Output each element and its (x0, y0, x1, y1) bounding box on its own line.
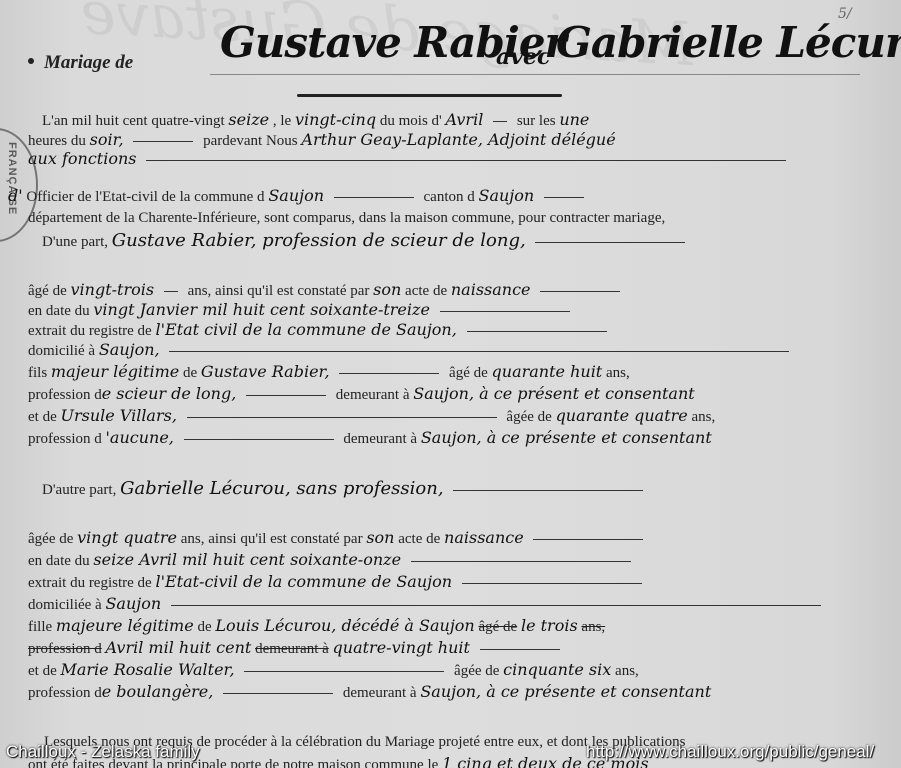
intro-text: du mois d' (380, 113, 442, 129)
struck-label: ans, (581, 619, 605, 635)
groom-date-line: en date du vingt Janvier mil huit cent s… (28, 300, 576, 320)
label: domicilié à (28, 343, 95, 359)
label: fils (28, 365, 47, 381)
filler-dash (223, 693, 333, 694)
bride-extract-hand: l'Etat-civil de la commune de Saujon (155, 572, 452, 591)
intro-line-5: département de la Charente-Inférieure, s… (28, 210, 665, 227)
filler-dash (339, 373, 439, 374)
bride-mother-hand: Marie Rosalie Walter, (60, 660, 234, 679)
intro-line-1: L'an mil huit cent quatre-vingt seize , … (42, 110, 589, 130)
groom-age-hand: vingt-trois (70, 280, 154, 299)
bride-father-death-year-hand: quatre-vingt huit (333, 638, 470, 657)
hour-hand: une (559, 110, 589, 129)
title-rule (297, 94, 562, 97)
filler-dash (334, 197, 414, 198)
label: âgé de (449, 365, 488, 381)
part-label: D'autre part, (42, 482, 116, 498)
day-hand: vingt-cinq (295, 110, 376, 129)
groom-father-line: fils majeur légitime de Gustave Rabier, … (28, 362, 630, 382)
label: extrait du registre de (28, 323, 152, 339)
commune-hand: Saujon (268, 186, 324, 205)
label: demeurant à (343, 431, 417, 447)
filler-dash (411, 561, 631, 562)
intro-text: L'an mil huit cent quatre-vingt (42, 113, 225, 129)
year-hand: seize (228, 110, 269, 129)
label: extrait du registre de (28, 575, 152, 591)
label: domiciliée à (28, 597, 102, 613)
bride-age-hand: vingt quatre (77, 528, 177, 547)
officer-continuation-hand: aux fonctions (28, 149, 136, 168)
label: ans, (615, 663, 639, 679)
filler-dash (184, 439, 334, 440)
bride-mother-line: et de Marie Rosalie Walter, âgée de cinq… (28, 660, 639, 680)
filler-dash (440, 311, 570, 312)
filler-dash (535, 242, 685, 243)
groom-mother-age-hand: quarante quatre (556, 406, 688, 425)
time-hand: soir, (90, 130, 124, 149)
bride-mother-prof-hand: e boulangère, (102, 682, 214, 701)
groom-domicile-line: domicilié à Saujon, (28, 340, 795, 360)
bride-domicile-hand: Saujon (105, 594, 161, 613)
label: de (183, 365, 197, 381)
filler-dash (462, 583, 642, 584)
watermark-family: Chailloux - Zelaska family (6, 742, 200, 762)
bride-date-line: en date du seize Avril mil huit cent soi… (28, 550, 637, 570)
filler-dash (467, 331, 607, 332)
bride-mother-prof-line: profession de boulangère, demeurant à Sa… (28, 682, 711, 702)
canton-hand: Saujon (479, 186, 535, 205)
act-hand: son (366, 528, 394, 547)
label: en date du (28, 553, 90, 569)
bride-father-death-date-hand: le trois (521, 616, 578, 635)
label: ans, ainsi qu'il est constaté par (181, 531, 363, 547)
filler-dash (164, 291, 178, 292)
filler-dash (480, 649, 560, 650)
label: profession d (28, 685, 102, 701)
struck-label: profession d (28, 641, 102, 657)
filler-dash (146, 160, 786, 161)
groom-father-age-hand: quarante huit (492, 362, 603, 381)
groom-mother-prof-hand: 'aucune, (106, 428, 174, 447)
filler-dash (544, 197, 584, 198)
label: profession d (28, 431, 102, 447)
officer-hand: Arthur Geay-Laplante, Adjoint délégué (301, 130, 615, 149)
bride-father-hand: Louis Lécurou, décédé à Saujon (215, 616, 474, 635)
label: fille (28, 619, 52, 635)
filler-dash (246, 395, 326, 396)
groom-birth-date-hand: vingt Janvier mil huit cent soixante-tre… (93, 300, 430, 319)
watermark-url: http://www.chailloux.org/public/geneal/ (586, 742, 874, 762)
groom-extract-hand: l'Etat civil de la commune de Saujon, (155, 320, 456, 339)
filiation-hand: majeure légitime (56, 616, 194, 635)
bride-domicile-line: domiciliée à Saujon (28, 594, 827, 614)
title-underline (210, 74, 860, 75)
struck-label: demeurant à (255, 641, 329, 657)
act-type-hand: naissance (444, 528, 524, 547)
groom-age-line: âgé de vingt-trois ans, ainsi qu'il est … (28, 280, 626, 300)
intro-text: canton d (424, 189, 475, 205)
filler-dash (133, 141, 193, 142)
document-scan: Mariage de Gustave FRANÇAISE Mariage de … (0, 0, 901, 768)
groom-father-prof-hand: e scieur de long, (102, 384, 237, 403)
part-label: D'une part, (42, 234, 108, 250)
groom-part-line: D'une part, Gustave Rabier, profession d… (42, 230, 691, 251)
margin-note: 5/ (838, 6, 852, 22)
filler-dash (493, 121, 507, 122)
groom-domicile-hand: Saujon, (99, 340, 160, 359)
filiation-hand: majeur légitime (51, 362, 179, 381)
groom-father-res-hand: Saujon, à ce présent et consentant (413, 384, 694, 403)
label: ans, ainsi qu'il est constaté par (188, 283, 370, 299)
act-type-hand: naissance (451, 280, 531, 299)
month-hand: Avril (445, 110, 483, 129)
groom-extract-line: extrait du registre de l'Etat civil de l… (28, 320, 613, 340)
filler-dash (171, 605, 821, 606)
bride-mother-res-hand: Saujon, à ce présente et consentant (420, 682, 711, 701)
bride-father-prof-line: profession d Avril mil huit cent demeura… (28, 638, 566, 658)
bride-name-title: Gabrielle Lécurou (556, 18, 901, 67)
bride-name-hand: Gabrielle Lécurou, sans profession, (120, 478, 443, 499)
groom-mother-prof-line: profession d 'aucune, demeurant à Saujon… (28, 428, 712, 448)
bullet-dot (28, 58, 34, 64)
label: demeurant à (343, 685, 417, 701)
act-hand: son (373, 280, 401, 299)
bride-extract-line: extrait du registre de l'Etat-civil de l… (28, 572, 648, 592)
label: âgée de (28, 531, 73, 547)
intro-text: , le (273, 113, 291, 129)
label: ans, (692, 409, 716, 425)
intro-line-4: d' Officier de l'Etat-civil de la commun… (8, 186, 590, 206)
label: et de (28, 409, 57, 425)
label: acte de (405, 283, 447, 299)
filler-dash (533, 539, 643, 540)
filler-dash (244, 671, 444, 672)
bride-part-line: D'autre part, Gabrielle Lécurou, sans pr… (42, 478, 649, 499)
label: âgée de (454, 663, 499, 679)
label: âgée de (506, 409, 551, 425)
intro-line-3: aux fonctions (28, 149, 792, 169)
bride-birth-date-hand: seize Avril mil huit cent soixante-onze (93, 550, 401, 569)
filler-dash (453, 490, 643, 491)
groom-mother-res-hand: Saujon, à ce présente et consentant (421, 428, 712, 447)
label: de (197, 619, 211, 635)
label: profession d (28, 387, 102, 403)
prefix-hand: d' (8, 186, 23, 205)
groom-mother-line: et de Ursule Villars, âgée de quarante q… (28, 406, 715, 426)
bride-mother-age-hand: cinquante six (503, 660, 611, 679)
bride-father-line: fille majeure légitime de Louis Lécurou,… (28, 616, 605, 636)
intro-text: sur les (517, 113, 556, 129)
title-conjunction: avec (496, 44, 550, 70)
label: et de (28, 663, 57, 679)
intro-text: pardevant Nous (203, 133, 298, 149)
label: demeurant à (336, 387, 410, 403)
groom-father-prof-line: profession de scieur de long, demeurant … (28, 384, 695, 404)
label: acte de (398, 531, 440, 547)
bride-age-line: âgée de vingt quatre ans, ainsi qu'il es… (28, 528, 649, 548)
intro-text: Officier de l'Etat-civil de la commune d (26, 189, 264, 205)
struck-label: âgé de (478, 619, 517, 635)
intro-line-2: heures du soir, pardevant Nous Arthur Ge… (28, 130, 616, 150)
groom-name-hand: Gustave Rabier, profession de scieur de … (112, 230, 526, 251)
bride-father-death-date-cont-hand: Avril mil huit cent (106, 638, 252, 657)
filler-dash (169, 351, 789, 352)
groom-father-hand: Gustave Rabier, (201, 362, 330, 381)
filler-dash (540, 291, 620, 292)
groom-mother-hand: Ursule Villars, (60, 406, 176, 425)
label: en date du (28, 303, 90, 319)
filler-dash (187, 417, 497, 418)
intro-text: heures du (28, 133, 86, 149)
label: ans, (606, 365, 630, 381)
label: âgé de (28, 283, 67, 299)
title-prefix: Mariage de (44, 52, 133, 74)
